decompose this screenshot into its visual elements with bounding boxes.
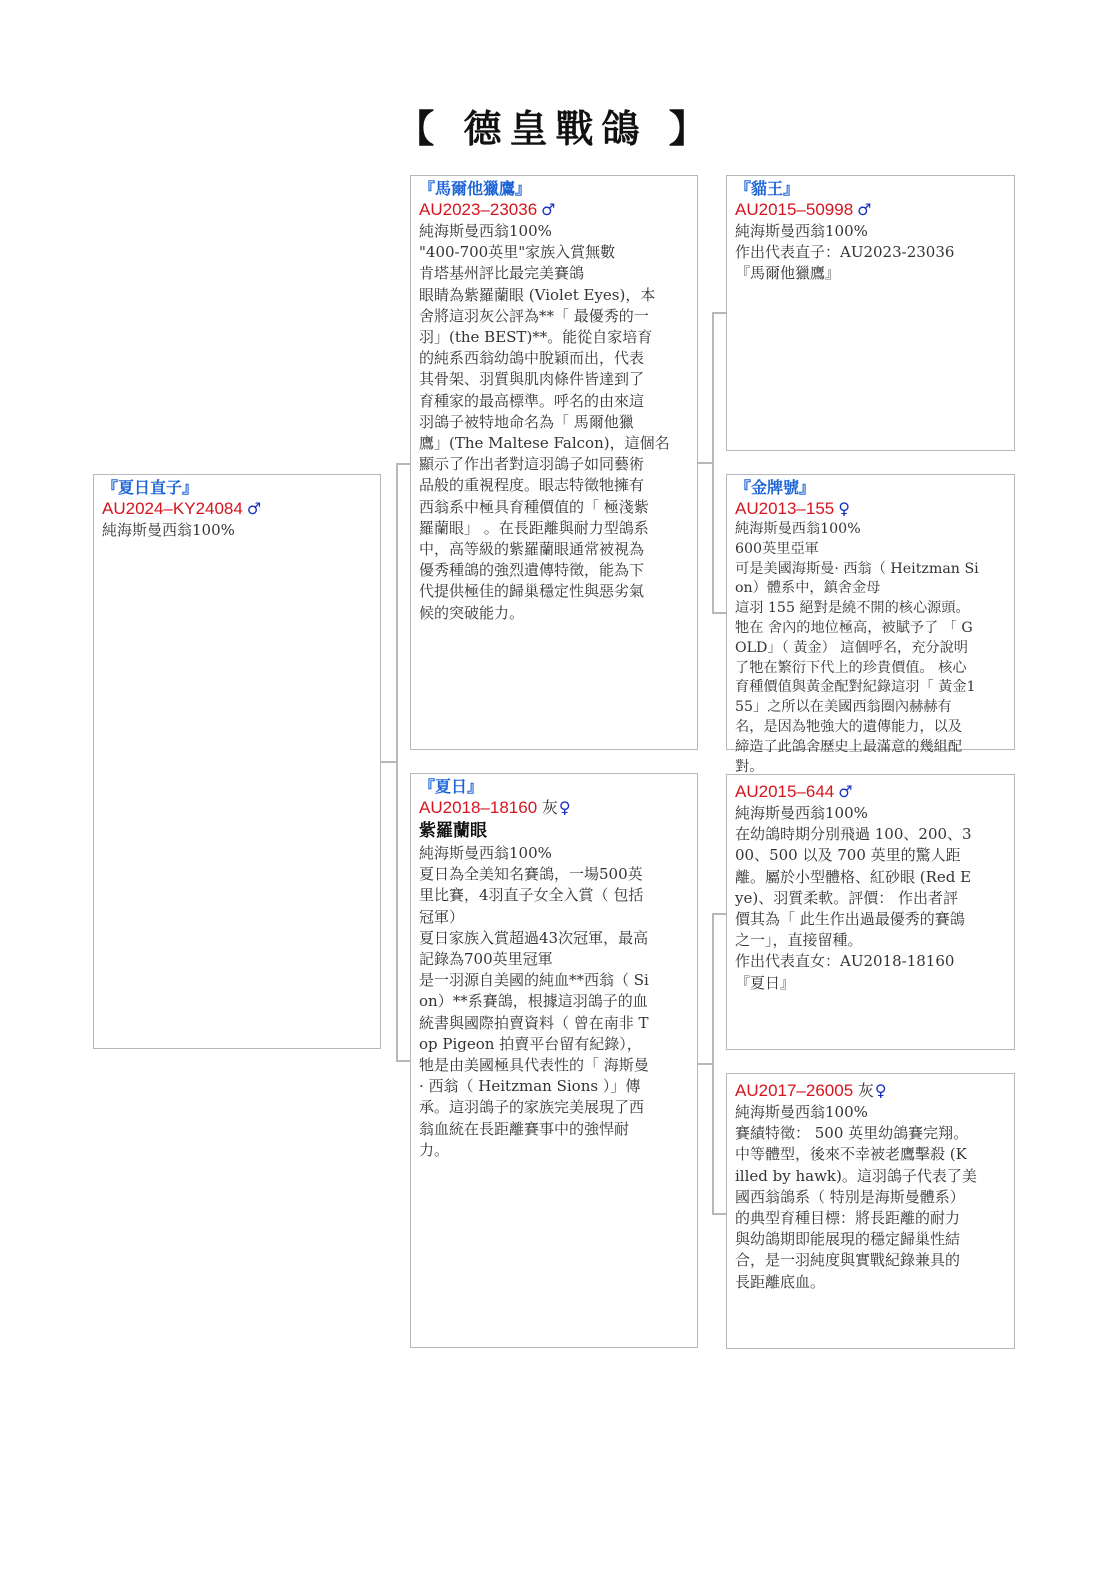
description-line: 力。 [419,1140,689,1161]
description-line: 純海斯曼西翁100% [735,221,1006,242]
description-line: 顯示了作出者對這羽鴿子如同藝術 [419,454,689,475]
ring-number-row: AU2015–50998♂ [735,199,1006,221]
description-line: 的純系西翁幼鴿中脫穎而出，代表 [419,348,689,369]
description-line: on）**系賽鴿，根據這羽鴿子的血 [419,991,689,1012]
description-line: op Pigeon 拍賣平台留有紀錄）， [419,1034,689,1055]
description-line: 羅蘭眼」 。在長距離與耐力型鴿系 [419,518,689,539]
connector-sire-dam-h [712,612,726,614]
description: 純海斯曼西翁100% 作出代表直子：AU2023-23036 『馬爾他獵鷹』 [735,221,1006,285]
connector-sire-h [396,463,410,465]
description-line: 中等體型，後來不幸被老鷹擊殺 (K [735,1144,1006,1165]
description-line: 名，是因為牠強大的遺傳能力，以及 [735,718,1006,738]
connector-dam-h [396,1060,410,1062]
description: 純海斯曼西翁100% 賽績特徵： 500 英里幼鴿賽完翔。 中等體型，後來不幸被… [735,1102,1006,1293]
pigeon-name: 『馬爾他獵鷹』 [419,178,689,199]
description-line: on）體系中，鎮舍金母 [735,579,1006,599]
description-line: 了牠在繁衍下代上的珍貴價值。 核心 [735,659,1006,679]
description-line: 離。屬於小型體格、紅砂眼 (Red E [735,867,1006,888]
connector-sire-sire-h [712,312,726,314]
description-line: 這羽 155 絕對是繞不開的核心源頭。 [735,599,1006,619]
ring-number: AU2015–50998 [735,200,853,219]
description-line: 冠軍） [419,907,689,928]
description-line: 作出代表直子：AU2023-23036 [735,242,1006,263]
male-icon: ♂ [838,782,852,801]
description-line: · 西翁（ Heitzman Sions ）」傳 [419,1076,689,1097]
description-line: 鷹」(The Maltese Falcon)，這個名 [419,433,689,454]
description-line: 是一羽源自美國的純血**西翁（ Si [419,970,689,991]
ring-number: AU2024–KY24084 [102,499,243,518]
description-line: illed by hawk)。這羽鴿子代表了美 [735,1166,1006,1187]
description-line: 作出代表直女：AU2018-18160 [735,951,1006,972]
ring-number-row: AU2015–644♂ [735,781,1006,803]
connector-sire-grand-v [712,312,714,612]
connector-subject-h [381,761,396,763]
description-line: 純海斯曼西翁100% [735,520,1006,540]
male-icon: ♂ [857,200,871,219]
page-title: 【 德皇戰鴿 】 [0,98,1111,153]
description-line: 中，高等級的紫羅蘭眼通常被視為 [419,539,689,560]
description-line: 價其為「 此生作出過最優秀的賽鴿 [735,909,1006,930]
description-line: 承。這羽鴿子的家族完美展現了西 [419,1097,689,1118]
pedigree-card-sire-dam: 『金牌號』 AU2013–155♀ 純海斯曼西翁100% 600英里亞軍 可是美… [726,474,1015,750]
description-line: 育種價值與黃金配對紀錄這羽「 黃金1 [735,678,1006,698]
description-line: 的典型育種目標：將長距離的耐力 [735,1208,1006,1229]
ring-number-row: AU2013–155♀ [735,498,1006,520]
description-line: 純海斯曼西翁100% [735,1102,1006,1123]
description-line: 之一」，直接留種。 [735,930,1006,951]
description: 純海斯曼西翁100% 夏日為全美知名賽鴿，一場500英 里比賽，4羽直子女全入賞… [419,843,689,1161]
description: 純海斯曼西翁100% [102,520,372,541]
description-line: 肯塔基州評比最完美賽鴿 [419,263,689,284]
male-icon: ♂ [541,200,555,219]
description-line: 55」之所以在美國西翁圈內赫赫有 [735,698,1006,718]
description-line: 純海斯曼西翁100% [419,843,689,864]
pedigree-card-sire: 『馬爾他獵鷹』 AU2023–23036♂ 純海斯曼西翁100% "400-70… [410,175,698,750]
female-icon: ♀ [559,798,571,817]
description-line: 品般的重視程度。眼志特徵牠擁有 [419,475,689,496]
description-line: 里比賽，4羽直子女全入賞（ 包括 [419,885,689,906]
description-line: 賽績特徵： 500 英里幼鴿賽完翔。 [735,1123,1006,1144]
description: 純海斯曼西翁100% 在幼鴿時期分別飛過 100、200、3 00、500 以及… [735,803,1006,994]
ring-number: AU2015–644 [735,782,834,801]
description-line: 長距離底血。 [735,1272,1006,1293]
pigeon-name: 『貓王』 [735,178,1006,199]
description-line: 國西翁鴿系（ 特別是海斯曼體系） [735,1187,1006,1208]
description-line: 牠是由美國極具代表性的「 海斯曼 [419,1055,689,1076]
description-line: 西翁系中極具育種價值的「 極淺紫 [419,497,689,518]
ring-number-row: AU2023–23036♂ [419,199,689,221]
connector-parents-v [396,463,398,1060]
description-line: 『夏日』 [735,973,1006,994]
feather-color: 灰 [858,1081,874,1100]
description-line: "400-700英里"家族入賞無數 [419,242,689,263]
female-icon: ♀ [838,499,850,518]
ring-number-row: AU2018–18160 灰♀ [419,797,689,819]
description-line: 記錄為700英里冠軍 [419,949,689,970]
ring-number: AU2018–18160 [419,798,537,817]
description-line: 『馬爾他獵鷹』 [735,263,1006,284]
description-line: 純海斯曼西翁100% [735,803,1006,824]
pedigree-card-dam-sire: AU2015–644♂ 純海斯曼西翁100% 在幼鴿時期分別飛過 100、200… [726,774,1015,1050]
description: 純海斯曼西翁100% "400-700英里"家族入賞無數 肯塔基州評比最完美賽鴿… [419,221,689,624]
description-line: ye)、羽質柔軟。評價： 作出者評 [735,888,1006,909]
pedigree-card-subject: 『夏日直子』 AU2024–KY24084♂ 純海斯曼西翁100% [93,474,381,1049]
ring-number-row: AU2024–KY24084♂ [102,498,372,520]
connector-dam-grand-v [712,913,714,1213]
description: 純海斯曼西翁100% 600英里亞軍 可是美國海斯曼· 西翁（ Heitzman… [735,520,1006,777]
ring-number: AU2017–26005 [735,1081,853,1100]
description-line: 夏日為全美知名賽鴿，一場500英 [419,864,689,885]
connector-dam-dam-h [712,1213,726,1215]
description-line: 夏日家族入賞超過43次冠軍，最高 [419,928,689,949]
feather-color: 灰 [542,798,558,817]
description-line: 在幼鴿時期分別飛過 100、200、3 [735,824,1006,845]
description-line: 優秀種鴿的強烈遺傳特徵，能為下 [419,560,689,581]
pigeon-name: 『夏日直子』 [102,477,372,498]
description-line: 與幼鴿期即能展現的穩定歸巢性結 [735,1229,1006,1250]
ring-number: AU2023–23036 [419,200,537,219]
description-line: 600英里亞軍 [735,540,1006,560]
ring-number-row: AU2017–26005 灰♀ [735,1080,1006,1102]
description-line: 牠在 舍內的地位極高，被賦予了 「 G [735,619,1006,639]
pedigree-card-dam: 『夏日』 AU2018–18160 灰♀ 紫羅蘭眼 純海斯曼西翁100% 夏日為… [410,773,698,1348]
description-line: 其骨架、羽質與肌肉條件皆達到了 [419,369,689,390]
description-line: 羽」(the BEST)**。能從自家培育 [419,327,689,348]
description-line: 候的突破能力。 [419,603,689,624]
connector-dam-out-h [697,1063,712,1065]
description-line: OLD」（ 黃金） 這個呼名，充分說明 [735,639,1006,659]
female-icon: ♀ [875,1081,887,1100]
description-line: 合，是一羽純度與實戰紀錄兼具的 [735,1250,1006,1271]
description-line: 育種家的最高標準。呼名的由來這 [419,391,689,412]
description-line: 眼睛為紫羅蘭眼 (Violet Eyes)，本 [419,285,689,306]
male-icon: ♂ [247,499,261,518]
pigeon-name: 『夏日』 [419,776,689,797]
connector-sire-out-h [697,462,712,464]
description-line: 可是美國海斯曼· 西翁（ Heitzman Si [735,560,1006,580]
pedigree-card-dam-dam: AU2017–26005 灰♀ 純海斯曼西翁100% 賽績特徵： 500 英里幼… [726,1073,1015,1349]
description-line: 締造了此鴿舍歷史上最滿意的幾組配 [735,738,1006,758]
description-line: 翁血統在長距離賽事中的強悍耐 [419,1119,689,1140]
description-line: 羽鴿子被特地命名為「 馬爾他獵 [419,412,689,433]
ring-number: AU2013–155 [735,499,834,518]
description-line: 純海斯曼西翁100% [419,221,689,242]
description-line: 00、500 以及 700 英里的驚人距 [735,845,1006,866]
pedigree-card-sire-sire: 『貓王』 AU2015–50998♂ 純海斯曼西翁100% 作出代表直子：AU2… [726,175,1015,451]
pigeon-name: 『金牌號』 [735,477,1006,498]
connector-dam-sire-h [712,913,726,915]
description-line: 舍將這羽灰公評為**「 最優秀的一 [419,306,689,327]
eye-type: 紫羅蘭眼 [419,819,689,843]
description-line: 統書與國際拍賣資料（ 曾在南非 T [419,1013,689,1034]
description-line: 代提供極佳的歸巢穩定性與惡劣氣 [419,581,689,602]
description-line: 純海斯曼西翁100% [102,520,372,541]
